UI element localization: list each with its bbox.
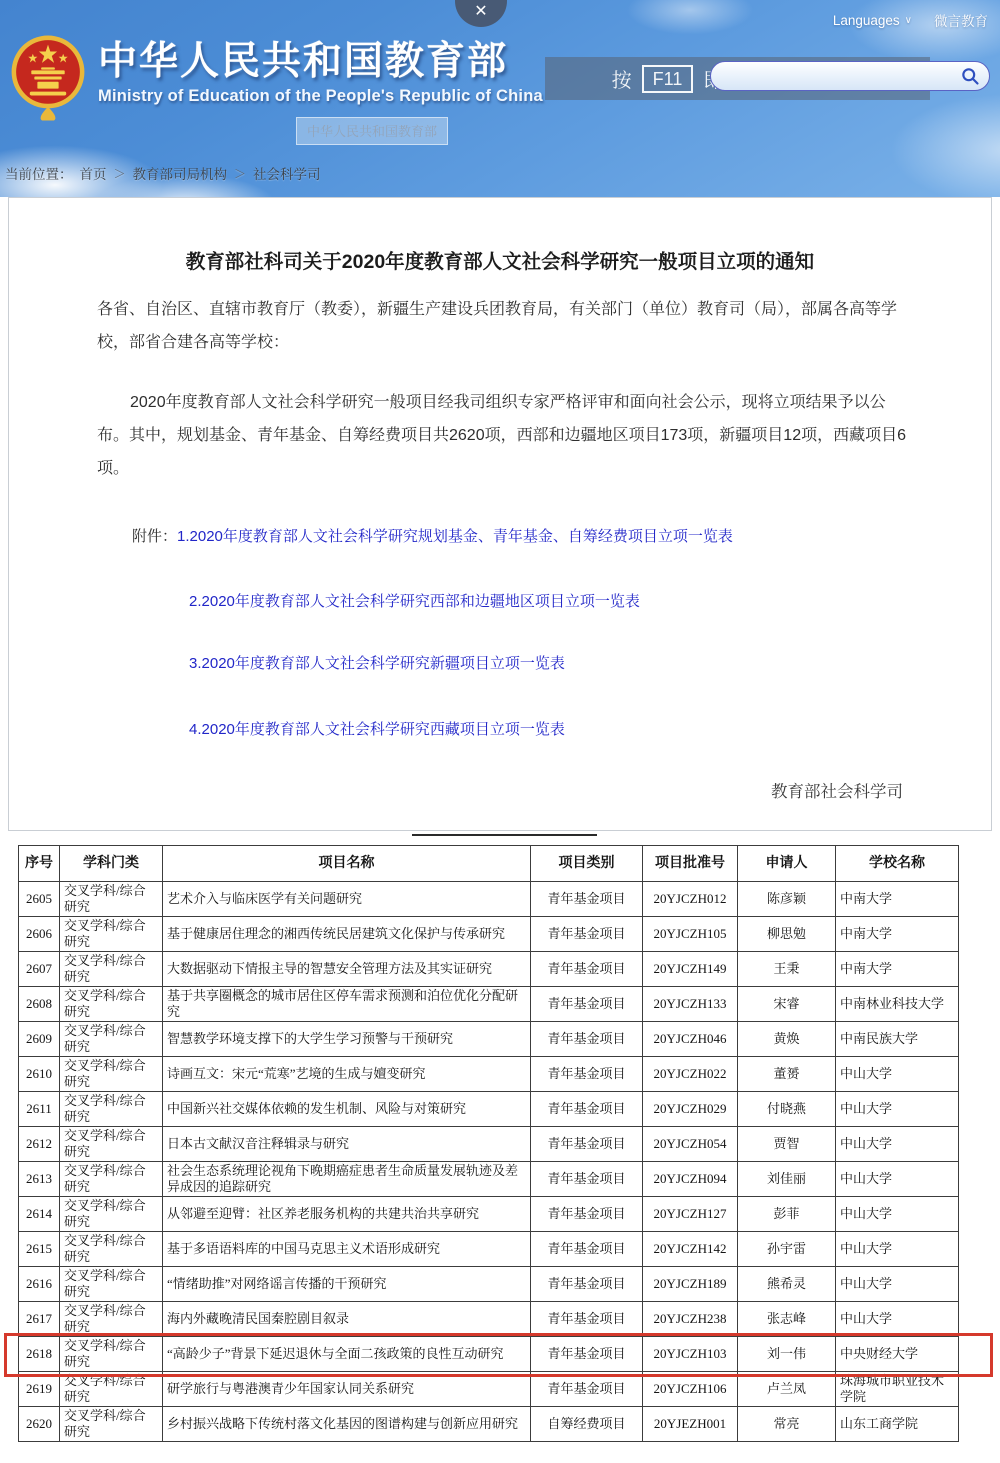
cell-seq: 2609 [19, 1022, 60, 1057]
cell-name: 从邻避至迎臂：社区养老服务机构的共建共治共享研究 [163, 1197, 531, 1232]
cell-applicant: 刘一伟 [738, 1337, 836, 1372]
cell-category: 青年基金项目 [531, 1162, 643, 1197]
cell-seq: 2620 [19, 1407, 60, 1442]
column-header: 项目批准号 [643, 846, 738, 882]
cell-seq: 2616 [19, 1267, 60, 1302]
cell-discipline: 交叉学科/综合研究 [60, 1162, 163, 1197]
table-row: 2607交叉学科/综合研究大数据驱动下情报主导的智慧安全管理方法及其实证研究青年… [19, 952, 959, 987]
cell-school: 中南大学 [836, 917, 959, 952]
cell-grant_no: 20YJCZH238 [643, 1302, 738, 1337]
table-row: 2617交叉学科/综合研究海内外藏晚清民国秦腔剧目叙录青年基金项目20YJCZH… [19, 1302, 959, 1337]
column-header: 项目名称 [163, 846, 531, 882]
cell-discipline: 交叉学科/综合研究 [60, 1267, 163, 1302]
cell-category: 青年基金项目 [531, 1057, 643, 1092]
cell-seq: 2618 [19, 1337, 60, 1372]
table-row: 2619交叉学科/综合研究研学旅行与粤港澳青少年国家认同关系研究青年基金项目20… [19, 1372, 959, 1407]
cell-seq: 2619 [19, 1372, 60, 1407]
breadcrumb-departments[interactable]: 教育部司局机构 [133, 163, 228, 183]
cell-discipline: 交叉学科/综合研究 [60, 882, 163, 917]
column-header: 学科门类 [60, 846, 163, 882]
cell-category: 青年基金项目 [531, 1022, 643, 1057]
cell-seq: 2605 [19, 882, 60, 917]
cell-seq: 2614 [19, 1197, 60, 1232]
close-icon: ✕ [474, 1, 487, 21]
table-row: 2608交叉学科/综合研究基于共享圈概念的城市居住区停车需求预测和泊位优化分配研… [19, 987, 959, 1022]
cell-seq: 2613 [19, 1162, 60, 1197]
table-header-row: 序号学科门类项目名称项目类别项目批准号申请人学校名称 [19, 846, 959, 882]
column-header: 序号 [19, 846, 60, 882]
cell-category: 青年基金项目 [531, 1232, 643, 1267]
table-row: 2613交叉学科/综合研究社会生态系统理论视角下晚期癌症患者生命质量发展轨迹及差… [19, 1162, 959, 1197]
cell-seq: 2606 [19, 917, 60, 952]
cell-category: 青年基金项目 [531, 987, 643, 1022]
notice-document: 教育部社科司关于2020年度教育部人文社会科学研究一般项目立项的通知 各省、自治… [8, 197, 992, 831]
cell-grant_no: 20YJCZH094 [643, 1162, 738, 1197]
cell-school: 中央财经大学 [836, 1337, 959, 1372]
cell-school: 山东工商学院 [836, 1407, 959, 1442]
attachment-link-4[interactable]: 4.2020年度教育部人文社会科学研究西藏项目立项一览表 [189, 721, 565, 738]
languages-menu[interactable]: Languages ∨ [833, 13, 912, 28]
cell-name: 智慧教学环境支撑下的大学生学习预警与干预研究 [163, 1022, 531, 1057]
topbar: Languages ∨ 微言教育 [833, 10, 988, 30]
cell-category: 青年基金项目 [531, 1092, 643, 1127]
cell-name: 诗画互文：宋元“荒寒”艺境的生成与嬗变研究 [163, 1057, 531, 1092]
search-input[interactable] [711, 62, 960, 90]
cell-name: 基于多语语料库的中国马克思主义术语形成研究 [163, 1232, 531, 1267]
cell-discipline: 交叉学科/综合研究 [60, 1197, 163, 1232]
cell-name: “高龄少子”背景下延迟退休与全面二孩政策的良性互动研究 [163, 1337, 531, 1372]
attachment-link-2[interactable]: 2.2020年度教育部人文社会科学研究西部和边疆地区项目立项一览表 [189, 593, 640, 610]
cell-grant_no: 20YJCZH142 [643, 1232, 738, 1267]
cell-discipline: 交叉学科/综合研究 [60, 1372, 163, 1407]
breadcrumb: 当前位置： 首页 ＞ 教育部司局机构 ＞ 社会科学司 [5, 163, 321, 183]
cell-category: 青年基金项目 [531, 882, 643, 917]
cell-name: 基于共享圈概念的城市居住区停车需求预测和泊位优化分配研究 [163, 987, 531, 1022]
cell-seq: 2607 [19, 952, 60, 987]
cell-discipline: 交叉学科/综合研究 [60, 987, 163, 1022]
cell-grant_no: 20YJCZH149 [643, 952, 738, 987]
cell-name: 中国新兴社交媒体依赖的发生机制、风险与对策研究 [163, 1092, 531, 1127]
cell-school: 中山大学 [836, 1267, 959, 1302]
cell-applicant: 张志峰 [738, 1302, 836, 1337]
weiyan-education-link[interactable]: 微言教育 [934, 10, 988, 30]
attachment-line-1: 附件：1.2020年度教育部人文社会科学研究规划基金、青年基金、自筹经费项目立项… [132, 525, 733, 546]
cell-seq: 2615 [19, 1232, 60, 1267]
table-row: 2614交叉学科/综合研究从邻避至迎臂：社区养老服务机构的共建共治共享研究青年基… [19, 1197, 959, 1232]
cell-category: 青年基金项目 [531, 1267, 643, 1302]
cell-discipline: 交叉学科/综合研究 [60, 917, 163, 952]
site-subtitle: Ministry of Education of the People's Re… [98, 87, 543, 106]
page: ✕ Languages ∨ 微言教育 [0, 0, 1000, 1463]
cell-school: 中南民族大学 [836, 1022, 959, 1057]
cell-category: 青年基金项目 [531, 1197, 643, 1232]
cell-applicant: 宋睿 [738, 987, 836, 1022]
search-box [710, 61, 990, 91]
cell-discipline: 交叉学科/综合研究 [60, 1407, 163, 1442]
cell-name: 乡村振兴战略下传统村落文化基因的图谱构建与创新应用研究 [163, 1407, 531, 1442]
cell-seq: 2608 [19, 987, 60, 1022]
cell-applicant: 王秉 [738, 952, 836, 987]
languages-label: Languages [833, 13, 900, 28]
chevron-down-icon: ∨ [905, 15, 912, 26]
attachment-link-3[interactable]: 3.2020年度教育部人文社会科学研究新疆项目立项一览表 [189, 655, 565, 672]
cell-discipline: 交叉学科/综合研究 [60, 1127, 163, 1162]
national-emblem-icon [10, 34, 86, 122]
cell-school: 中山大学 [836, 1057, 959, 1092]
cell-grant_no: 20YJCZH105 [643, 917, 738, 952]
attachment-line-3: 3.2020年度教育部人文社会科学研究新疆项目立项一览表 [189, 652, 565, 673]
cell-grant_no: 20YJEZH001 [643, 1407, 738, 1442]
logo-tooltip: 中华人民共和国教育部 [296, 117, 448, 145]
cell-category: 青年基金项目 [531, 917, 643, 952]
cell-grant_no: 20YJCZH054 [643, 1127, 738, 1162]
breadcrumb-home[interactable]: 首页 [80, 163, 107, 183]
cell-grant_no: 20YJCZH133 [643, 987, 738, 1022]
cell-grant_no: 20YJCZH127 [643, 1197, 738, 1232]
cell-school: 中南林业科技大学 [836, 987, 959, 1022]
cell-category: 青年基金项目 [531, 1337, 643, 1372]
cell-name: 海内外藏晚清民国秦腔剧目叙录 [163, 1302, 531, 1337]
cell-category: 青年基金项目 [531, 952, 643, 987]
exit-fullscreen-button[interactable]: ✕ [455, 0, 507, 27]
cell-name: 艺术介入与临床医学有关问题研究 [163, 882, 531, 917]
cell-applicant: 付晓燕 [738, 1092, 836, 1127]
notice-paragraph-body: 2020年度教育部人文社会科学研究一般项目经我司组织专家严格评审和面向社会公示，… [97, 386, 913, 485]
cell-seq: 2617 [19, 1302, 60, 1337]
attachment-link-1[interactable]: 1.2020年度教育部人文社会科学研究规划基金、青年基金、自筹经费项目立项一览表 [177, 528, 733, 545]
table-row: 2610交叉学科/综合研究诗画互文：宋元“荒寒”艺境的生成与嬗变研究青年基金项目… [19, 1057, 959, 1092]
cell-category: 自筹经费项目 [531, 1407, 643, 1442]
cell-category: 青年基金项目 [531, 1372, 643, 1407]
notice-title: 教育部社科司关于2020年度教育部人文社会科学研究一般项目立项的通知 [9, 246, 991, 274]
toast-prefix: 按 [612, 64, 632, 93]
breadcrumb-separator: ＞ [234, 165, 246, 182]
table-row: 2609交叉学科/综合研究智慧教学环境支撑下的大学生学习预警与干预研究青年基金项… [19, 1022, 959, 1057]
cell-applicant: 彭菲 [738, 1197, 836, 1232]
attachment-line-2: 2.2020年度教育部人文社会科学研究西部和边疆地区项目立项一览表 [189, 590, 640, 611]
cell-applicant: 卢兰凤 [738, 1372, 836, 1407]
cell-school: 中南大学 [836, 882, 959, 917]
notice-signature: 教育部社会科学司 [771, 778, 903, 802]
cell-discipline: 交叉学科/综合研究 [60, 952, 163, 987]
column-header: 申请人 [738, 846, 836, 882]
cell-applicant: 贾智 [738, 1127, 836, 1162]
f11-key-icon: F11 [642, 65, 694, 93]
cell-grant_no: 20YJCZH189 [643, 1267, 738, 1302]
cell-category: 青年基金项目 [531, 1302, 643, 1337]
attachment-line-4: 4.2020年度教育部人文社会科学研究西藏项目立项一览表 [189, 718, 565, 739]
cell-name: 大数据驱动下情报主导的智慧安全管理方法及其实证研究 [163, 952, 531, 987]
breadcrumb-label: 当前位置： [5, 163, 73, 183]
cell-grant_no: 20YJCZH106 [643, 1372, 738, 1407]
breadcrumb-separator: ＞ [114, 165, 126, 182]
cell-school: 中南大学 [836, 952, 959, 987]
cell-name: “情绪助推”对网络谣言传播的干预研究 [163, 1267, 531, 1302]
breadcrumb-social-science[interactable]: 社会科学司 [253, 163, 321, 183]
table-row: 2618交叉学科/综合研究“高龄少子”背景下延迟退休与全面二孩政策的良性互动研究… [19, 1337, 959, 1372]
table-row: 2612交叉学科/综合研究日本古文献汉音注释辑录与研究青年基金项目20YJCZH… [19, 1127, 959, 1162]
cell-name: 日本古文献汉音注释辑录与研究 [163, 1127, 531, 1162]
cell-school: 珠海城市职业技术学院 [836, 1372, 959, 1407]
table-row: 2615交叉学科/综合研究基于多语语料库的中国马克思主义术语形成研究青年基金项目… [19, 1232, 959, 1267]
cell-discipline: 交叉学科/综合研究 [60, 1232, 163, 1267]
cell-discipline: 交叉学科/综合研究 [60, 1337, 163, 1372]
site-title: 中华人民共和国教育部 [98, 40, 543, 84]
cell-grant_no: 20YJCZH022 [643, 1057, 738, 1092]
column-header: 项目类别 [531, 846, 643, 882]
table-row: 2616交叉学科/综合研究“情绪助推”对网络谣言传播的干预研究青年基金项目20Y… [19, 1267, 959, 1302]
cell-applicant: 常亮 [738, 1407, 836, 1442]
cell-school: 中山大学 [836, 1127, 959, 1162]
cell-seq: 2611 [19, 1092, 60, 1127]
cell-grant_no: 20YJCZH012 [643, 882, 738, 917]
cell-applicant: 孙宇雷 [738, 1232, 836, 1267]
cell-name: 基于健康居住理念的湘西传统民居建筑文化保护与传承研究 [163, 917, 531, 952]
cell-grant_no: 20YJCZH029 [643, 1092, 738, 1127]
cell-seq: 2612 [19, 1127, 60, 1162]
projects-table: 序号学科门类项目名称项目类别项目批准号申请人学校名称 2605交叉学科/综合研究… [18, 845, 959, 1442]
cell-discipline: 交叉学科/综合研究 [60, 1092, 163, 1127]
attachments-label: 附件： [132, 528, 177, 545]
cell-grant_no: 20YJCZH046 [643, 1022, 738, 1057]
cell-school: 中山大学 [836, 1162, 959, 1197]
table-row: 2620交叉学科/综合研究乡村振兴战略下传统村落文化基因的图谱构建与创新应用研究… [19, 1407, 959, 1442]
notice-paragraph-recipients: 各省、自治区、直辖市教育厅（教委），新疆生产建设兵团教育局，有关部门（单位）教育… [97, 293, 913, 359]
cell-discipline: 交叉学科/综合研究 [60, 1057, 163, 1092]
cell-discipline: 交叉学科/综合研究 [60, 1302, 163, 1337]
cell-name: 研学旅行与粤港澳青少年国家认同关系研究 [163, 1372, 531, 1407]
cell-applicant: 刘佳丽 [738, 1162, 836, 1197]
cell-applicant: 董赟 [738, 1057, 836, 1092]
table-row: 2606交叉学科/综合研究基于健康居住理念的湘西传统民居建筑文化保护与传承研究青… [19, 917, 959, 952]
cell-applicant: 柳思勉 [738, 917, 836, 952]
table-row: 2605交叉学科/综合研究艺术介入与临床医学有关问题研究青年基金项目20YJCZ… [19, 882, 959, 917]
cell-school: 中山大学 [836, 1302, 959, 1337]
cell-school: 中山大学 [836, 1092, 959, 1127]
cell-grant_no: 20YJCZH103 [643, 1337, 738, 1372]
cell-applicant: 熊希灵 [738, 1267, 836, 1302]
cell-applicant: 黄焕 [738, 1022, 836, 1057]
cell-school: 中山大学 [836, 1232, 959, 1267]
cell-seq: 2610 [19, 1057, 60, 1092]
column-header: 学校名称 [836, 846, 959, 882]
section-divider [412, 834, 597, 836]
cell-name: 社会生态系统理论视角下晚期癌症患者生命质量发展轨迹及差异成因的追踪研究 [163, 1162, 531, 1197]
search-icon[interactable] [960, 66, 980, 86]
cell-applicant: 陈彦颖 [738, 882, 836, 917]
site-logo: 中华人民共和国教育部 Ministry of Education of the … [10, 34, 543, 122]
sky-header: ✕ Languages ∨ 微言教育 [0, 0, 1000, 197]
cell-category: 青年基金项目 [531, 1127, 643, 1162]
cell-school: 中山大学 [836, 1197, 959, 1232]
cell-discipline: 交叉学科/综合研究 [60, 1022, 163, 1057]
table-row: 2611交叉学科/综合研究中国新兴社交媒体依赖的发生机制、风险与对策研究青年基金… [19, 1092, 959, 1127]
